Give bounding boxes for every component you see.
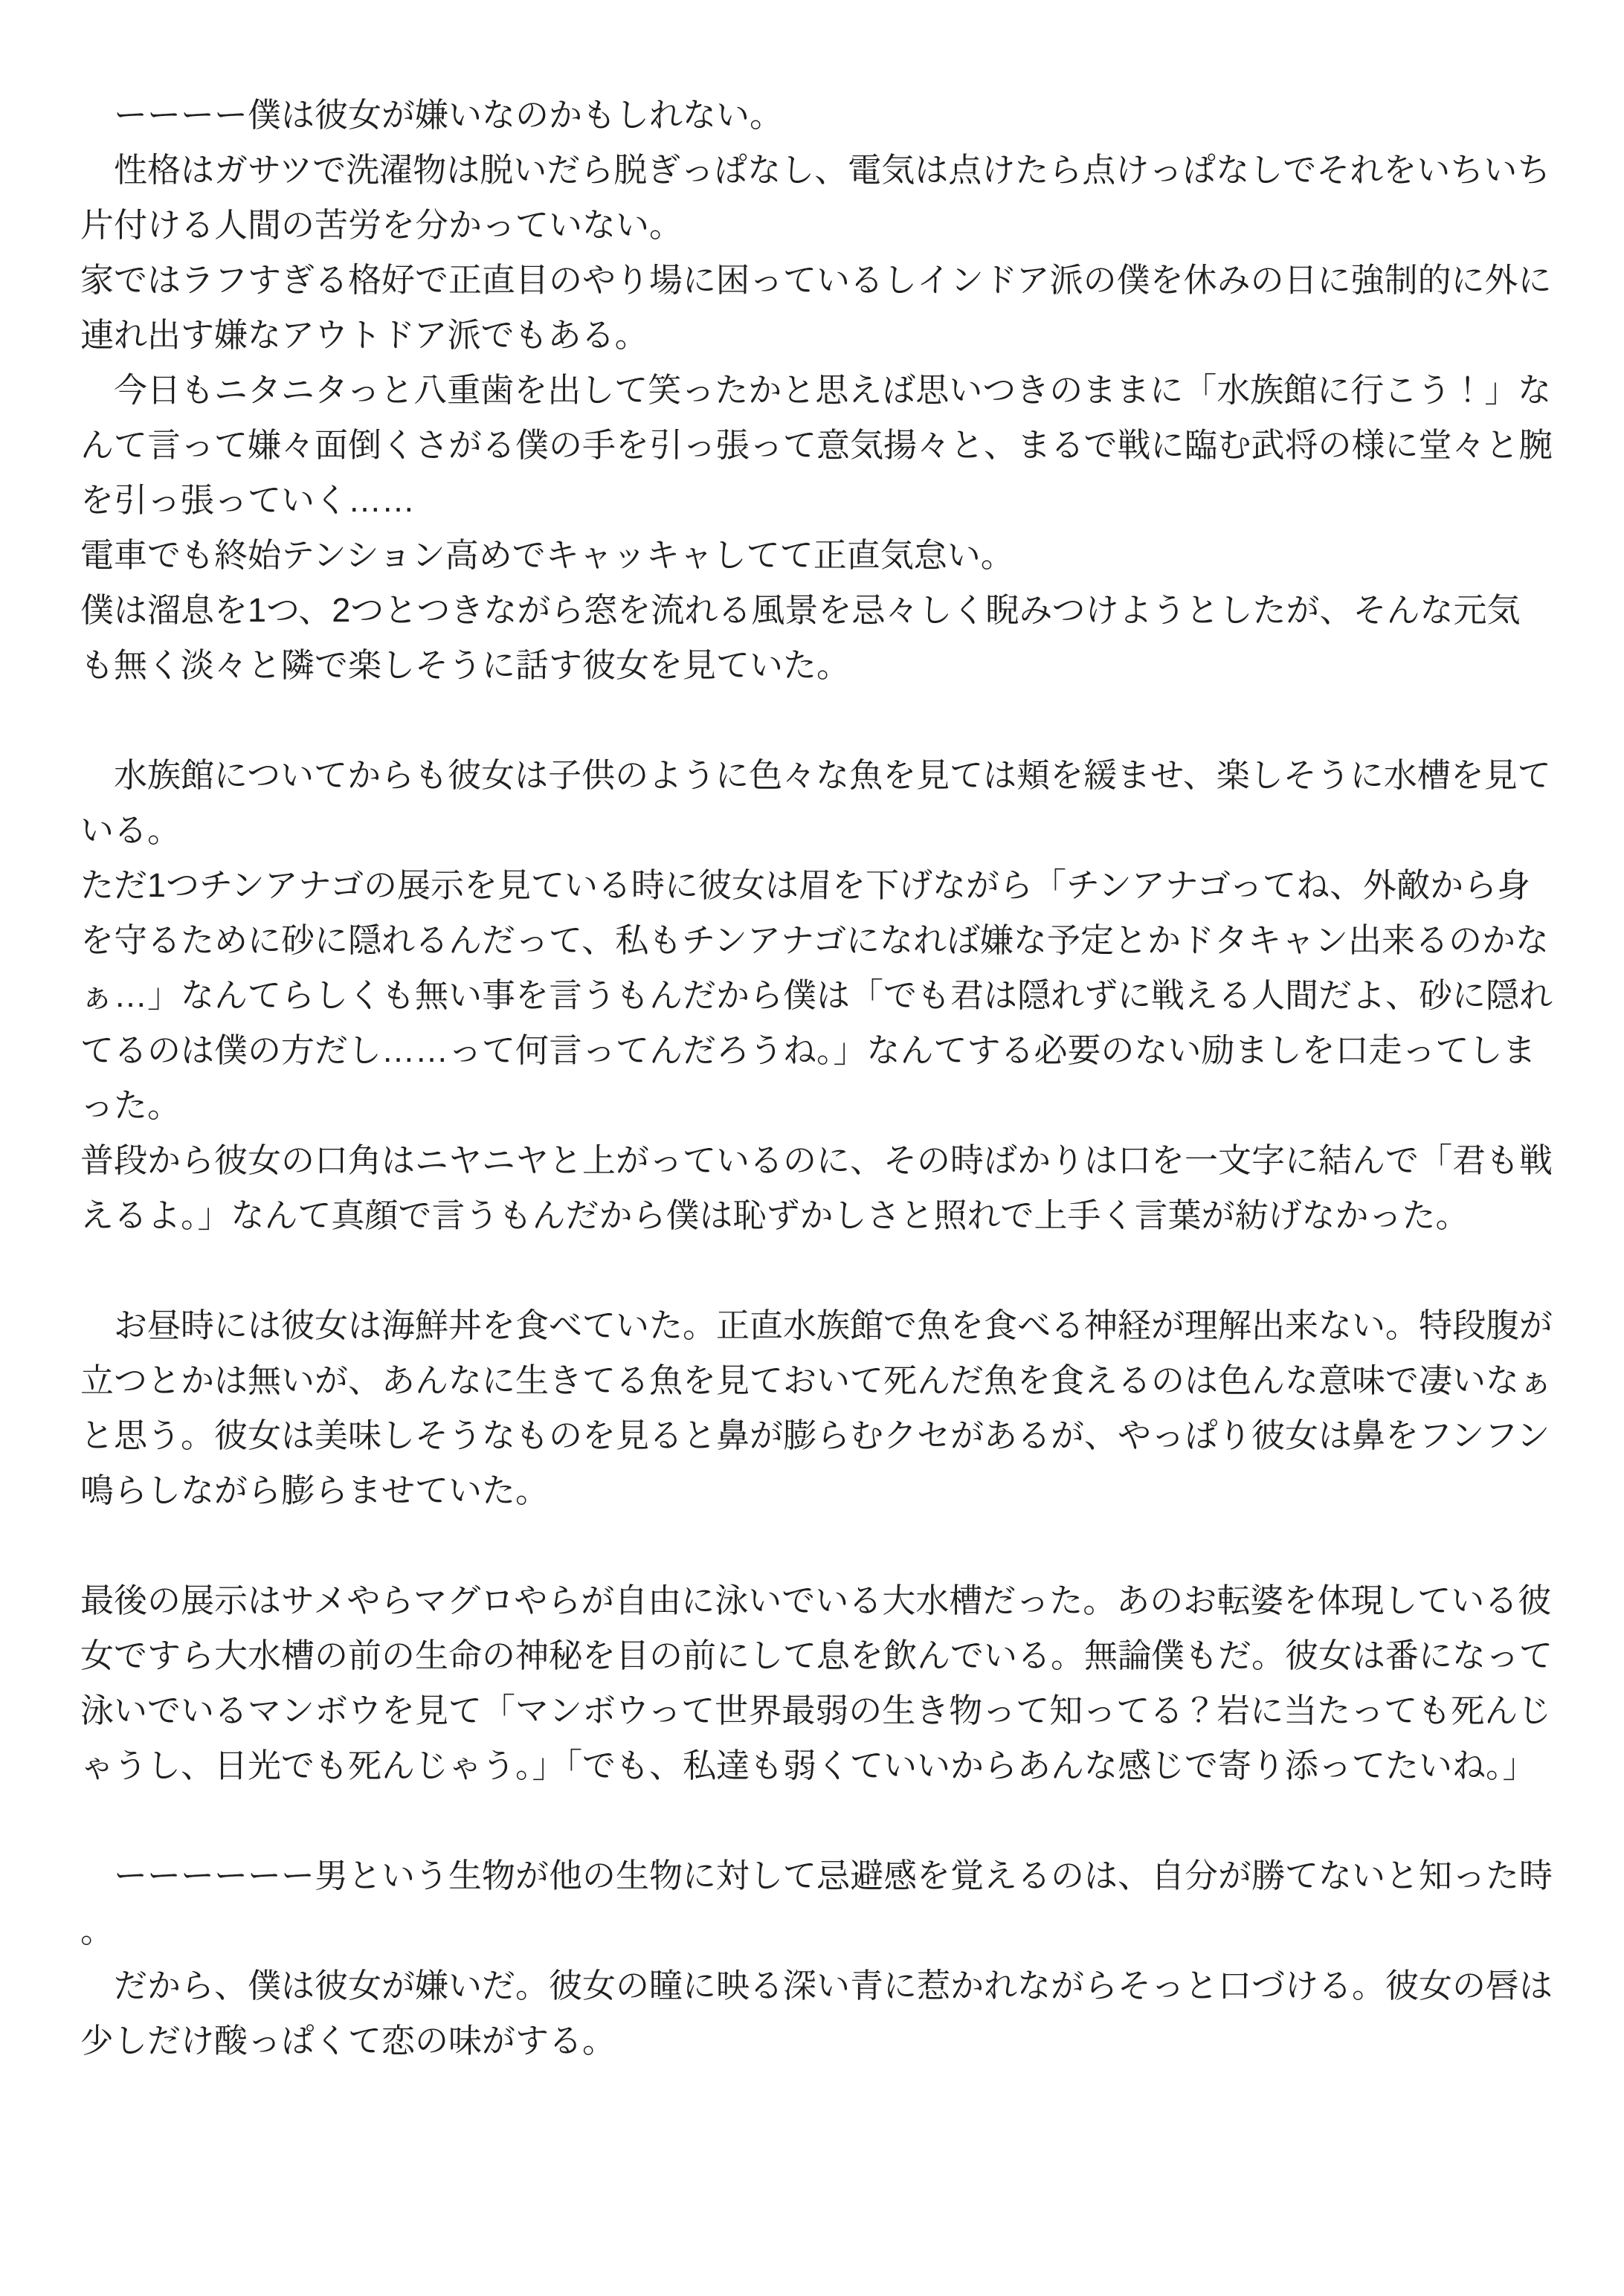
story-paragraph: 性格はガサツで洗濯物は脱いだら脱ぎっぱなし、電気は点けたら点けっぱなしでそれをい… [80,143,1553,253]
story-paragraph: ーーーー僕は彼女が嫌いなのかもしれない。 [80,88,1553,143]
story-text: ーーーー僕は彼女が嫌いなのかもしれない。性格はガサツで洗濯物は脱いだら脱ぎっぱな… [80,88,1553,2068]
story-paragraph: お昼時には彼女は海鮮丼を食べていた。正直水族館で魚を食べる神経が理解出来ない。特… [80,1298,1553,1518]
story-paragraph: 僕は溜息を1つ、2つとつきながら窓を流れる風景を忌々しく睨みつけようとしたが、そ… [80,583,1553,693]
story-paragraph: 電車でも終始テンション高めでキャッキャしてて正直気怠い。 [80,528,1553,583]
story-section: 水族館についてからも彼女は子供のように色々な魚を見ては頬を緩ませ、楽しそうに水槽… [80,748,1553,1243]
story-paragraph: 最後の展示はサメやらマグロやらが自由に泳いでいる大水槽だった。あのお転婆を体現し… [80,1573,1553,1793]
story-paragraph: だから、僕は彼女が嫌いだ。彼女の瞳に映る深い青に惹かれながらそっと口づける。彼女… [80,1958,1553,2068]
story-paragraph: 家ではラフすぎる格好で正直目のやり場に困っているしインドア派の僕を休みの日に強制… [80,253,1553,363]
story-paragraph: 普段から彼女の口角はニヤニヤと上がっているのに、その時ばかりは口を一文字に結んで… [80,1133,1553,1243]
story-paragraph: ーーーーーー男という生物が他の生物に対して忌避感を覚えるのは、自分が勝てないと知… [80,1848,1553,1958]
story-paragraph: 今日もニタニタっと八重歯を出して笑ったかと思えば思いつきのままに「水族館に行こう… [80,363,1553,528]
story-paragraph: ただ1つチンアナゴの展示を見ている時に彼女は眉を下げながら「チンアナゴってね、外… [80,858,1553,1133]
story-section: 最後の展示はサメやらマグロやらが自由に泳いでいる大水槽だった。あのお転婆を体現し… [80,1573,1553,1793]
story-section: ーーーー僕は彼女が嫌いなのかもしれない。性格はガサツで洗濯物は脱いだら脱ぎっぱな… [80,88,1553,693]
document-page: ーーーー僕は彼女が嫌いなのかもしれない。性格はガサツで洗濯物は脱いだら脱ぎっぱな… [0,0,1624,2296]
story-section: ーーーーーー男という生物が他の生物に対して忌避感を覚えるのは、自分が勝てないと知… [80,1848,1553,2068]
story-section: お昼時には彼女は海鮮丼を食べていた。正直水族館で魚を食べる神経が理解出来ない。特… [80,1298,1553,1518]
story-paragraph: 水族館についてからも彼女は子供のように色々な魚を見ては頬を緩ませ、楽しそうに水槽… [80,748,1553,858]
